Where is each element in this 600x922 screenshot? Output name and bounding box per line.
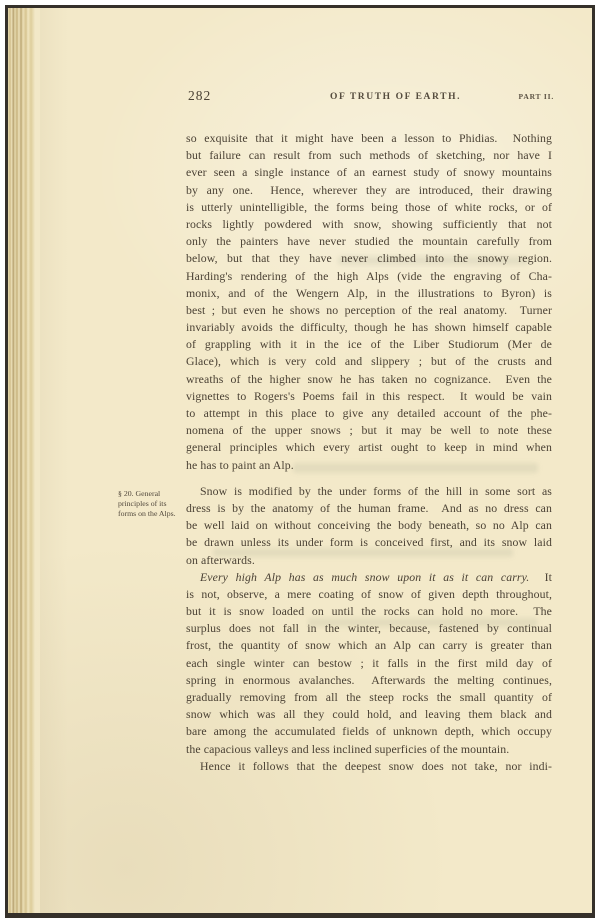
- text-line: general principles which every artist ou…: [186, 439, 552, 456]
- text-line: best ; but even he shows no perception o…: [186, 302, 552, 319]
- paragraph: Hence it follows that the deepest snow d…: [186, 758, 552, 775]
- text-line: the capacious valleys and less inclined …: [186, 741, 552, 758]
- running-title: OF TRUTH OF EARTH.: [330, 92, 461, 102]
- scanned-book-page: { "header": { "page_number": "282", "tit…: [0, 0, 600, 922]
- page-number: 282: [188, 88, 211, 104]
- text-line: wreaths of the higher snow he has taken …: [186, 371, 552, 388]
- text-line: invariably avoids the difficulty, though…: [186, 319, 552, 336]
- text-line: but failure can result from such methods…: [186, 147, 552, 164]
- italic-maxim: Every high Alp has as much snow upon it …: [200, 570, 529, 584]
- text-line: of grappling with it in the ice of the L…: [186, 336, 552, 353]
- paragraph: so exquisite that it might have been a l…: [186, 130, 552, 474]
- lead-tail: It: [537, 570, 552, 584]
- text-line: snow which was all they could hold, and …: [186, 706, 552, 723]
- text-line: Every high Alp has as much snow upon it …: [186, 569, 552, 586]
- text-line: only the painters have never studied the…: [186, 233, 552, 250]
- text-line: nomena of the upper snows ; but it may b…: [186, 422, 552, 439]
- text-line: Snow is modified by the under forms of t…: [186, 483, 552, 500]
- part-label: PART II.: [519, 92, 554, 101]
- paragraph: Every high Alp has as much snow upon it …: [186, 569, 552, 758]
- text-line: surplus does not fall in the winter, bec…: [186, 620, 552, 637]
- text-line: to attempt in this place to give any det…: [186, 405, 552, 422]
- text-line: spring in enormous avalanches. Afterward…: [186, 672, 552, 689]
- text-line: Harding's rendering of the high Alps (vi…: [186, 268, 552, 285]
- text-line: bare among the accumulated fields of unk…: [186, 723, 552, 740]
- text-line: is not, observe, a mere coating of snow …: [186, 586, 552, 603]
- text-line: each single winter can bestow ; it falls…: [186, 655, 552, 672]
- text-line: but it is snow loaded on until the rocks…: [186, 603, 552, 620]
- text-line: ever seen a single instance of an earnes…: [186, 164, 552, 181]
- text-line: he has to paint an Alp.: [186, 457, 552, 474]
- text-line: on afterwards.: [186, 552, 552, 569]
- book-gutter-page-edges: [8, 8, 40, 913]
- text-line: frost, the quantity of snow which an Alp…: [186, 637, 552, 654]
- page-frame: 282 OF TRUTH OF EARTH. PART II. § 20. Ge…: [5, 5, 595, 918]
- margin-section-note: § 20. General principles of its forms on…: [118, 489, 184, 518]
- text-line: Glace), which is very cold and slippery …: [186, 353, 552, 370]
- text-line: monix, and of the Wengern Alp, in the il…: [186, 285, 552, 302]
- text-line: Hence it follows that the deepest snow d…: [186, 758, 552, 775]
- text-line: vignettes to Rogers's Poems fail in this…: [186, 388, 552, 405]
- body-text: so exquisite that it might have been a l…: [186, 130, 552, 775]
- text-line: by any one. Hence, wherever they are int…: [186, 182, 552, 199]
- text-line: is utterly unintelligible, the forms bei…: [186, 199, 552, 216]
- text-line: rocks lightly powdered with snow, showin…: [186, 216, 552, 233]
- text-line: so exquisite that it might have been a l…: [186, 130, 552, 147]
- running-header: 282 OF TRUTH OF EARTH. PART II.: [186, 88, 554, 108]
- text-line: be drawn unless its under form is concei…: [186, 534, 552, 551]
- text-line: dress is by the anatomy of the human fra…: [186, 500, 552, 517]
- text-line: be well laid on without conceiving the b…: [186, 517, 552, 534]
- paragraph: Snow is modified by the under forms of t…: [186, 483, 552, 569]
- text-line: gradually removing from all the steep ro…: [186, 689, 552, 706]
- text-line: below, but that they have never climbed …: [186, 250, 552, 267]
